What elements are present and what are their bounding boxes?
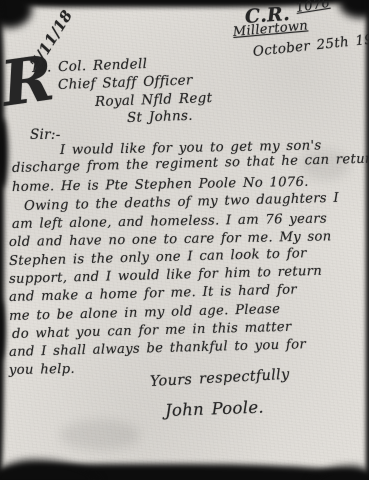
scan-blotch-left-lower <box>0 300 5 360</box>
body-line: Owing to the deaths of my two daughters … <box>24 191 339 214</box>
registry-number: 1076 <box>295 0 331 16</box>
salutation: Sir:- <box>30 127 61 143</box>
place-line: Millertown <box>232 18 308 40</box>
scan-corner-top-left <box>0 0 32 28</box>
body-line: you help. <box>9 362 75 378</box>
recipient-line-3: Royal Nfld Regt <box>95 90 213 110</box>
scan-smudge <box>60 420 140 450</box>
recipient-line-2: Chief Staff Officer <box>58 72 193 93</box>
body-line: am left alone, and homeless. I am 76 yea… <box>12 212 327 232</box>
scan-corner-top-right <box>339 0 369 18</box>
scan-corner-bottom-left <box>0 460 100 480</box>
signature: John Poole. <box>165 398 265 420</box>
recipient-line-4: St Johns. <box>127 108 193 126</box>
closing: Yours respectfully <box>150 367 290 390</box>
scan-blotch-left-upper <box>0 118 8 188</box>
recipient-line-1: Lt. Col. Rendell <box>32 56 148 76</box>
scanned-letter-page: R 7/11/18 C.R. 1076 Millertown October 2… <box>0 0 369 480</box>
